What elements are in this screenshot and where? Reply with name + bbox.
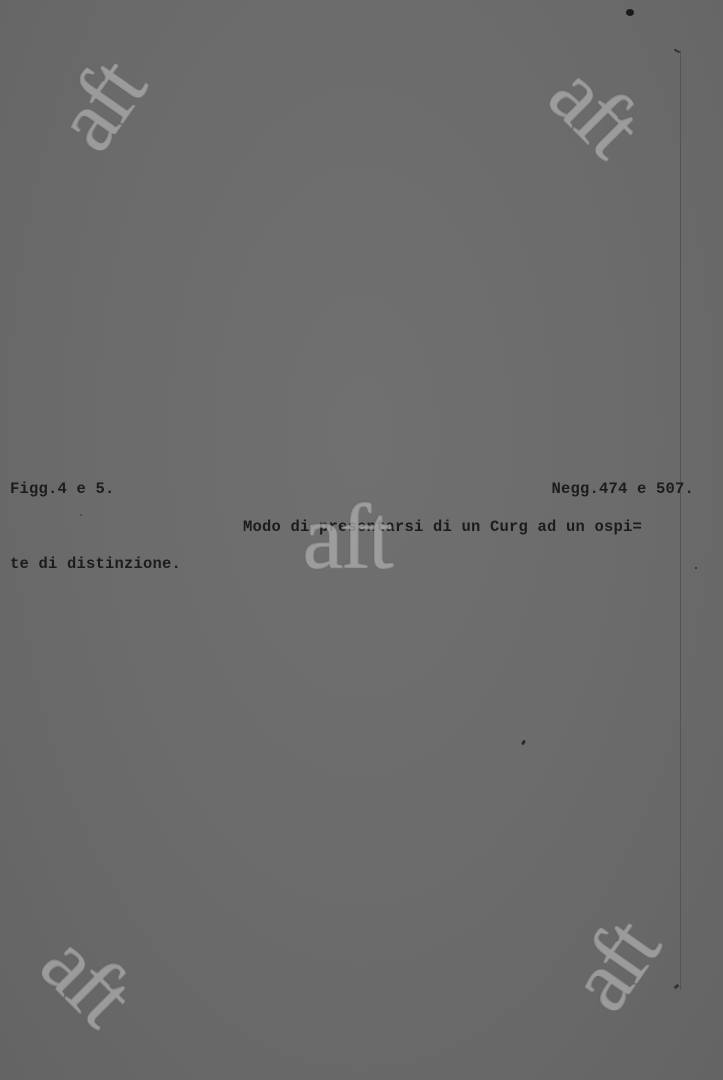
watermark-center: aft bbox=[302, 490, 390, 582]
watermark-bottom-right: aft bbox=[554, 906, 674, 1025]
negative-reference: Negg.474 e 507. bbox=[551, 482, 694, 498]
corner-mark bbox=[674, 984, 680, 990]
document-page: aft aft aft aft Figg.4 e 5. Negg.474 e 5… bbox=[0, 0, 723, 1080]
dust-speck bbox=[521, 740, 526, 746]
fold-line bbox=[680, 50, 681, 990]
caption-line-2: te di distinzione. bbox=[10, 557, 181, 573]
dust-speck bbox=[695, 567, 697, 569]
watermark-top-right: aft bbox=[533, 49, 654, 170]
watermark-top-left: aft bbox=[40, 46, 160, 165]
figure-reference: Figg.4 e 5. bbox=[10, 482, 115, 498]
dust-speck bbox=[80, 514, 82, 516]
dust-speck bbox=[626, 9, 634, 16]
watermark-bottom-left: aft bbox=[25, 918, 146, 1039]
